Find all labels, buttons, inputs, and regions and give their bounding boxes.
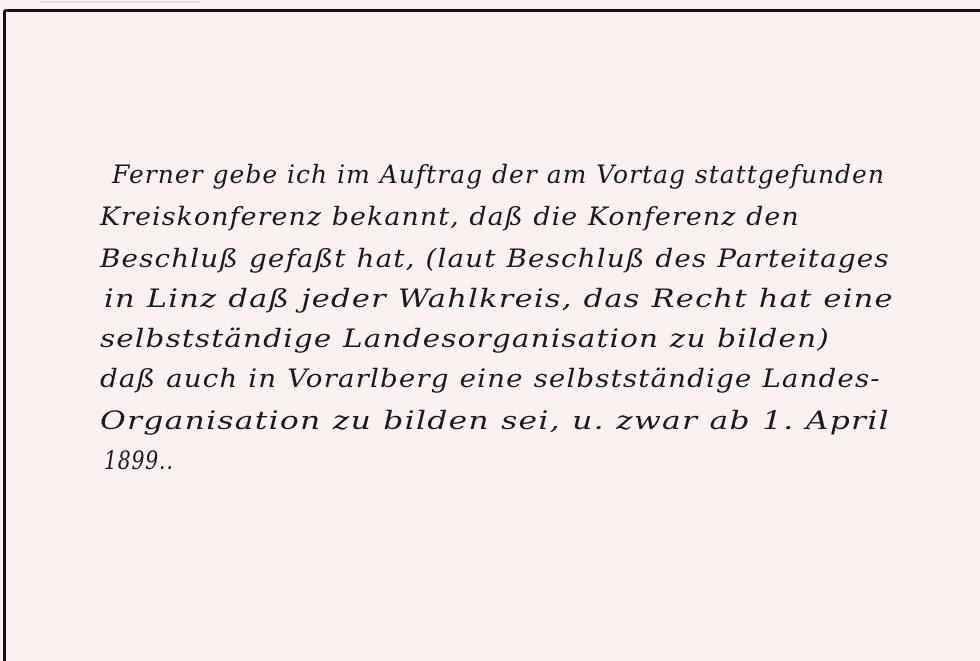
handwritten-line-7: Organisation zu bilden sei, u. zwar ab 1… <box>100 406 890 435</box>
page-border-left <box>3 9 6 661</box>
handwritten-line-4: in Linz daß jeder Wahlkreis, das Recht h… <box>104 284 894 313</box>
handwritten-line-6: daß auch in Vorarlberg eine selbstständi… <box>100 364 881 393</box>
scan-artifact <box>40 1 200 3</box>
handwritten-line-3: Beschluß gefaßt hat, (laut Beschluß des … <box>100 244 890 273</box>
handwritten-line-5: selbstständige Landesorganisation zu bil… <box>100 324 830 353</box>
handwritten-line-8: 1899.. <box>104 446 174 475</box>
handwritten-line-1: Ferner gebe ich im Auftrag der am Vortag… <box>112 160 912 189</box>
page-border-top <box>4 9 980 12</box>
handwritten-page: Ferner gebe ich im Auftrag der am Vortag… <box>0 0 980 661</box>
handwritten-line-2: Kreiskonferenz bekannt, daß die Konferen… <box>100 202 800 231</box>
